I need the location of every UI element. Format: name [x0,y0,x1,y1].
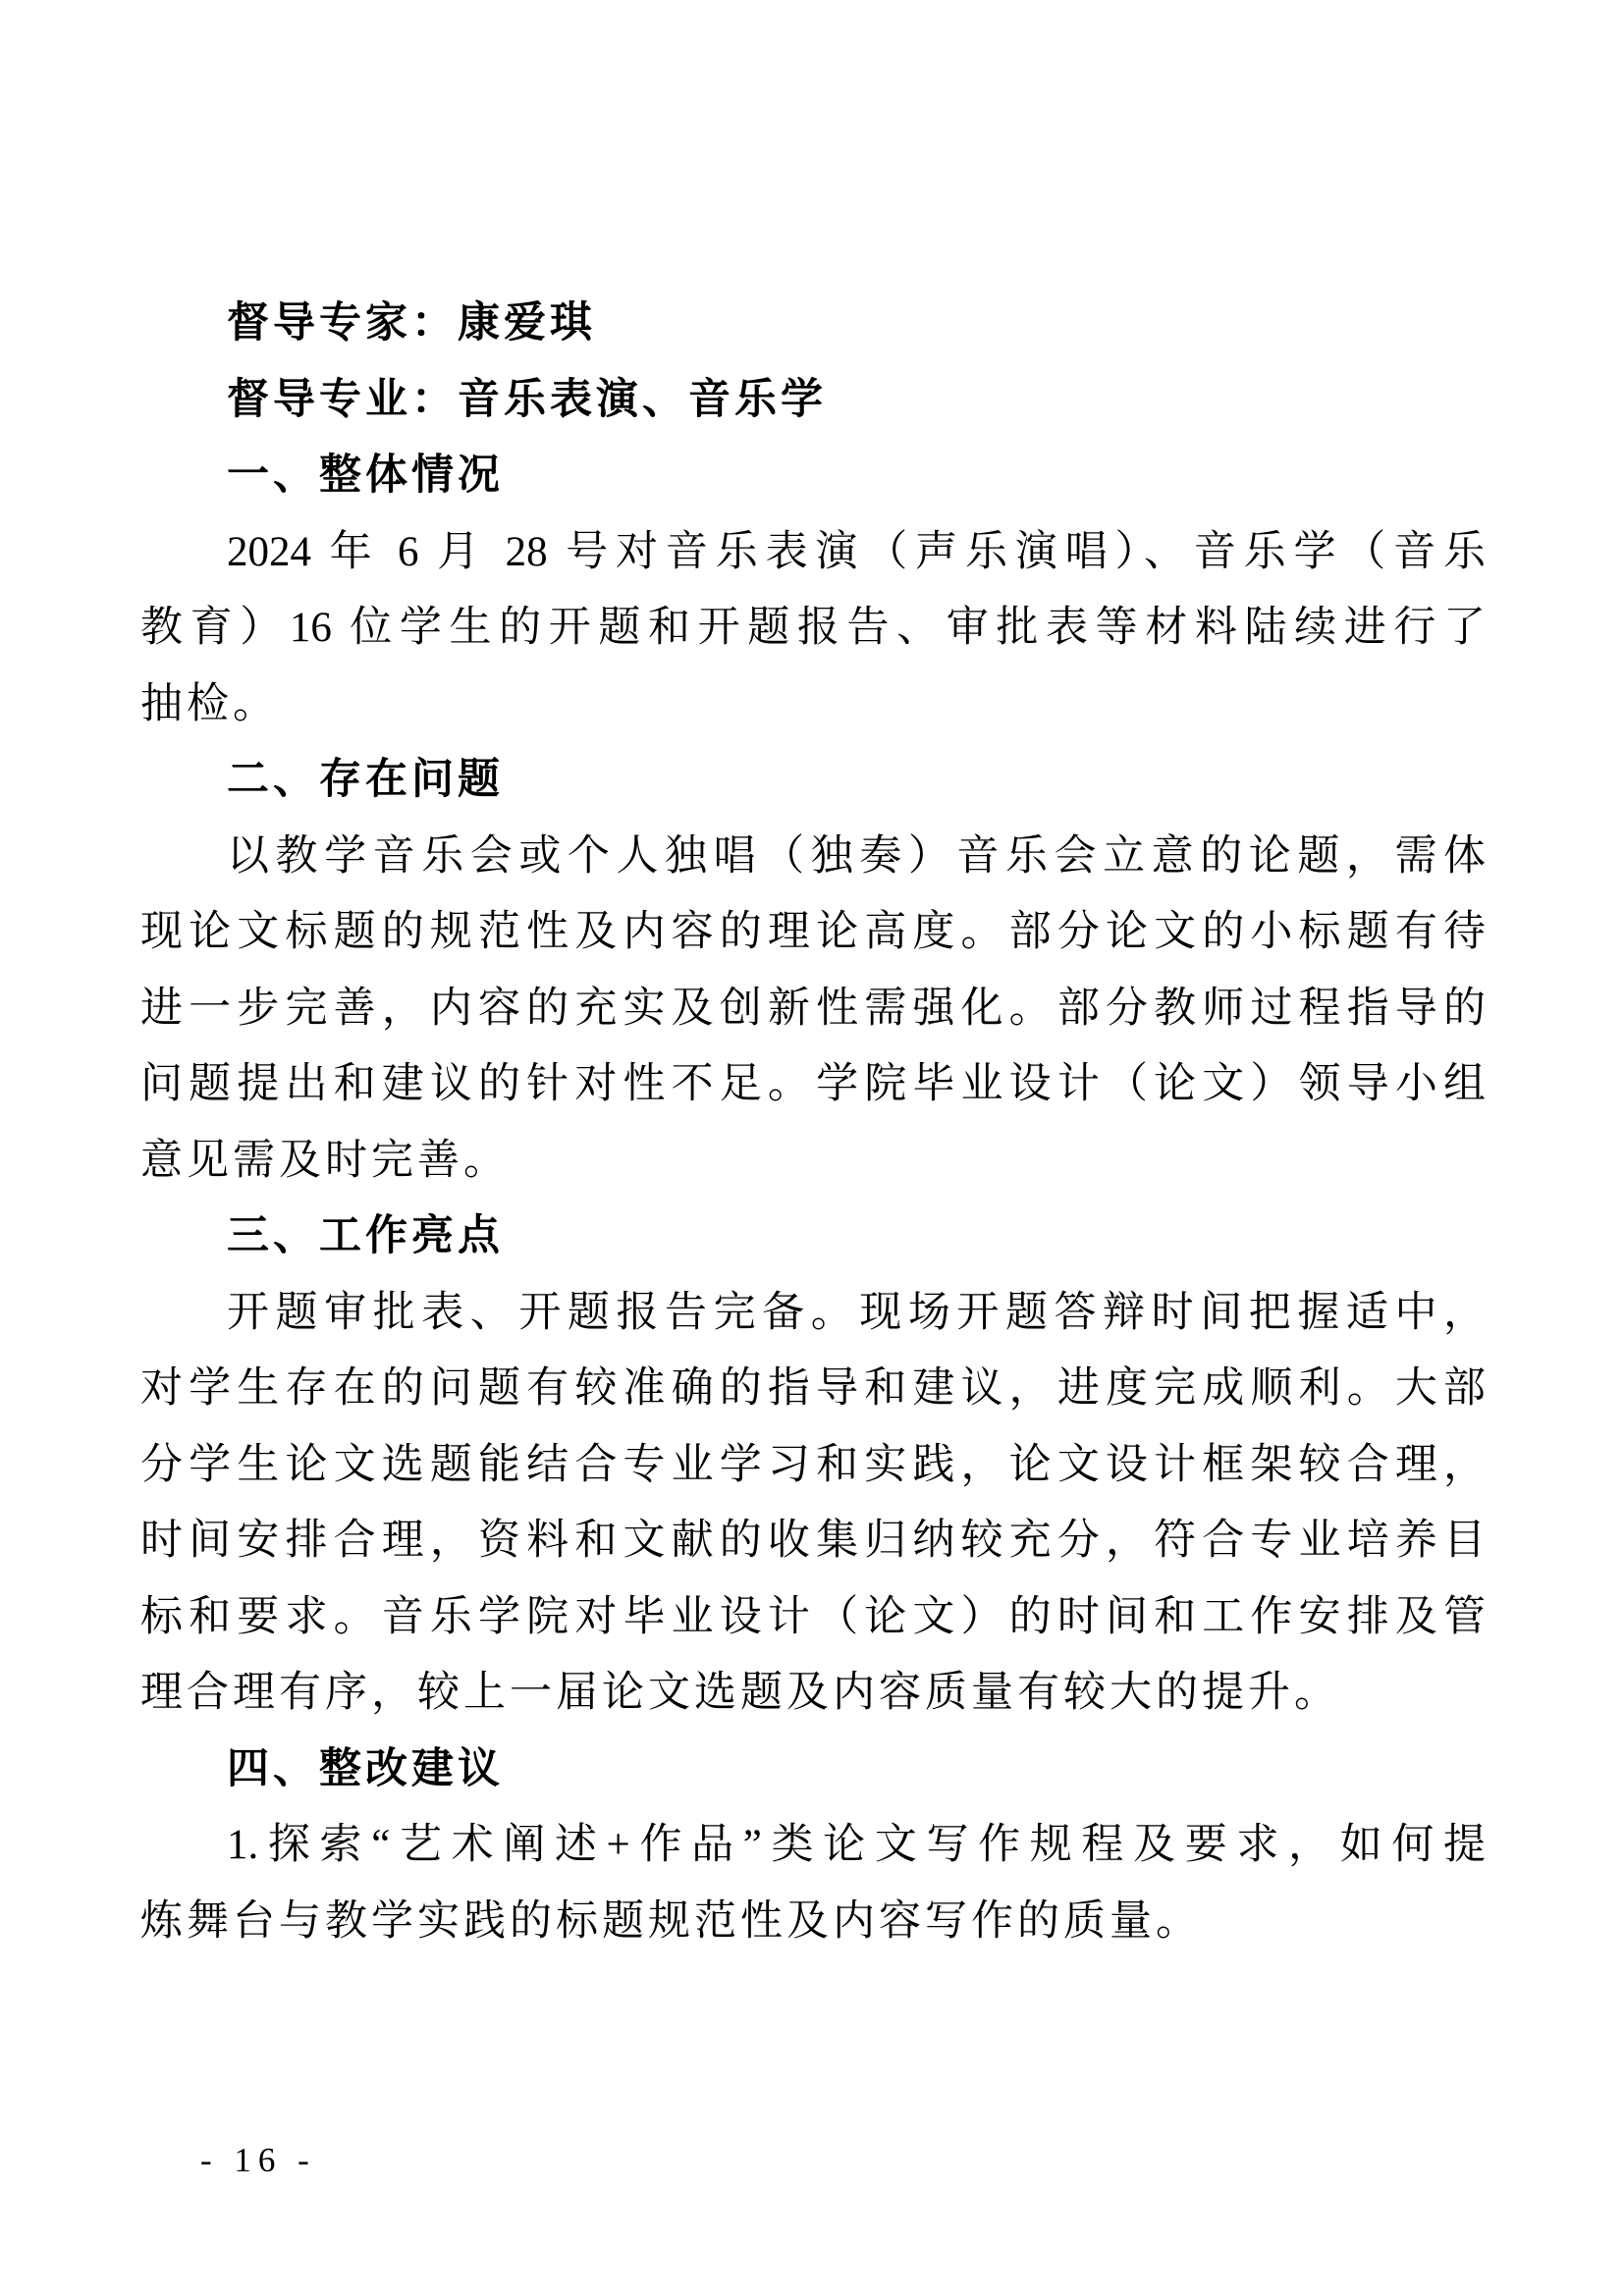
paragraph-line: 炼舞台与教学实践的标题规范性及内容写作的质量。 [140,1884,1486,1960]
section-2-heading: 二、存在问题 [140,742,1486,819]
section-4-heading: 四、整改建议 [140,1732,1486,1808]
supervisor-major-line: 督导专业：音乐表演、音乐学 [140,362,1486,439]
section-3-heading: 三、工作亮点 [140,1199,1486,1275]
paragraph-line: 对学生存在的问题有较准确的指导和建议，进度完成顺利。大部 [140,1351,1486,1427]
document-body: 督导专家：康爱琪 督导专业：音乐表演、音乐学 一、整体情况 2024 年 6 月… [140,286,1486,1959]
paragraph-line: 进一步完善，内容的充实及创新性需强化。部分教师过程指导的 [140,971,1486,1047]
paragraph-line: 抽检。 [140,667,1486,743]
paragraph-line: 意见需及时完善。 [140,1123,1486,1200]
paragraph-line: 时间安排合理，资料和文献的收集归纳较充分，符合专业培养目 [140,1503,1486,1579]
document-page: 督导专家：康爱琪 督导专业：音乐表演、音乐学 一、整体情况 2024 年 6 月… [0,0,1624,2296]
paragraph-line: 理合理有序，较上一届论文选题及内容质量有较大的提升。 [140,1655,1486,1732]
paragraph-line: 开题审批表、开题报告完备。现场开题答辩时间把握适中， [140,1275,1486,1352]
paragraph-line: 分学生论文选题能结合专业学习和实践，论文设计框架较合理， [140,1427,1486,1504]
paragraph-line: 问题提出和建议的针对性不足。学院毕业设计（论文）领导小组 [140,1046,1486,1123]
section-1-heading: 一、整体情况 [140,438,1486,514]
paragraph-line: 现论文标题的规范性及内容的理论高度。部分论文的小标题有待 [140,894,1486,971]
paragraph-line: 标和要求。音乐学院对毕业设计（论文）的时间和工作安排及管 [140,1579,1486,1656]
page-number: - 16 - [200,2122,316,2198]
paragraph-line: 教育）16 位学生的开题和开题报告、审批表等材料陆续进行了 [140,590,1486,667]
paragraph-line: 1.探索“艺术阐述+作品”类论文写作规程及要求，如何提 [140,1807,1486,1884]
paragraph-line: 以教学音乐会或个人独唱（独奏）音乐会立意的论题，需体 [140,819,1486,895]
paragraph-line: 2024 年 6 月 28 号对音乐表演（声乐演唱）、音乐学（音乐 [140,514,1486,591]
supervisor-expert-line: 督导专家：康爱琪 [140,286,1486,362]
